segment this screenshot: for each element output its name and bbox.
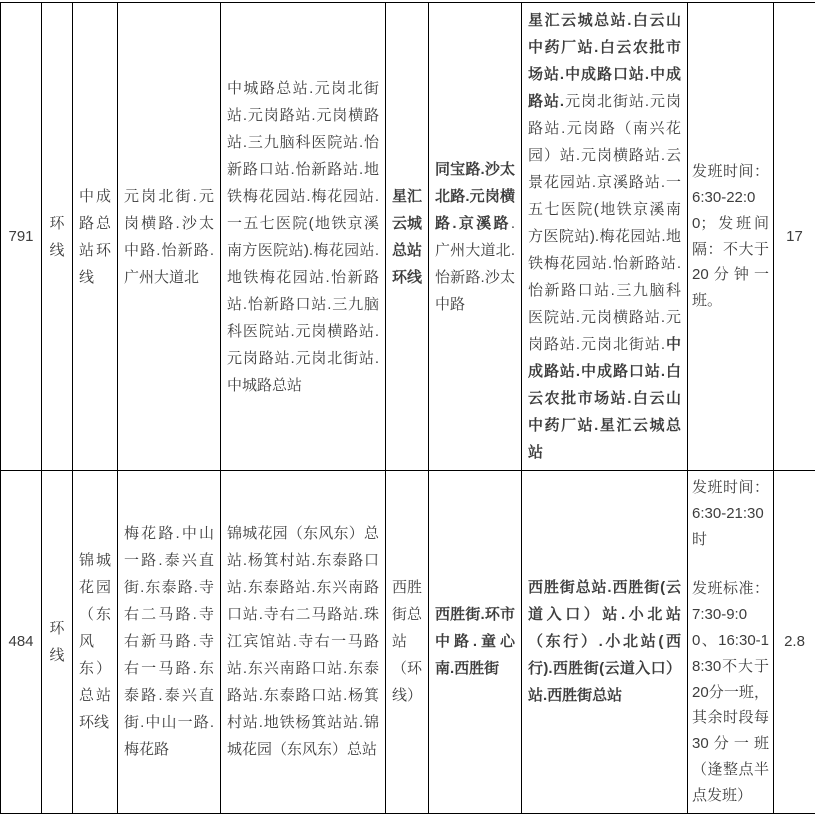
return-stops-cell: 西胜街总站.西胜街(云道入口）站.小北站（东行）.小北站(西行).西胜街(云道入… <box>522 471 688 814</box>
return-roads-bold-segment: 西胜街.环市中路.童心南.西胜街 <box>435 606 515 677</box>
schedule-text: 发班时间：6:30-22:00；发班间隔：不大于20分钟一班。 <box>692 159 769 314</box>
return-stops-bold-end-segment: 中成路站.中成路口站.白云农批市场站.白云山中药厂站.星汇云城总站 <box>528 336 681 461</box>
outbound-stops-cell: 中城路总站.元岗北街站.元岗路站.元岗横路站.三九脑科医院站.怡新路口站.怡新路… <box>221 3 386 471</box>
line-name-cell: 中成路总站环线 <box>73 3 118 471</box>
table-row: 484 环线 锦城花园（东风东）总站环线 梅花路.中山一路.泰兴直街.东泰路.寺… <box>1 471 815 814</box>
return-stops-bold-start-segment: 西胜街总站.西胜街(云道入口）站.小北站（东行）.小北站(西行).西胜街(云道入… <box>528 579 681 704</box>
table-row: 791 环线 中成路总站环线 元岗北街.元岗横路.沙太中路.怡新路.广州大道北 … <box>1 3 815 471</box>
line-type-cell: 环线 <box>42 3 73 471</box>
schedule-text: 发班标准：7:30-9:00、16:30-18:30不大于20分一班，其余时段每… <box>692 576 769 808</box>
return-line-name-cell: 西胜街总站（环线） <box>386 471 429 814</box>
return-roads-cell: 西胜街.环市中路.童心南.西胜街 <box>429 471 522 814</box>
schedule-cell: 发班时间：6:30-22:00；发班间隔：不大于20分钟一班。 <box>688 3 774 471</box>
return-line-name-cell: 星汇云城总站环线 <box>386 3 429 471</box>
return-roads-bold-segment: 同宝路.沙太北路.元岗横路.京溪路 <box>435 161 515 232</box>
outbound-stops-cell: 锦城花园（东风东）总站.杨箕村站.东泰路口站.东泰路站.东兴南路口站.寺右二马路… <box>221 471 386 814</box>
return-stops-regular-segment: 元岗北街站.元岗路站.元岗路（南兴花园）站.元岗横路站.云景花园站.京溪路站.一… <box>528 93 681 353</box>
outbound-roads-cell: 元岗北街.元岗横路.沙太中路.怡新路.广州大道北 <box>118 3 221 471</box>
schedule-cell: 发班时间：6:30-21:30时 发班标准：7:30-9:00、16:30-18… <box>688 471 774 814</box>
schedule-text: 发班时间：6:30-21:30时 <box>692 475 769 552</box>
line-type-cell: 环线 <box>42 471 73 814</box>
metric-cell: 17 <box>774 3 815 471</box>
bus-routes-table: 791 环线 中成路总站环线 元岗北街.元岗横路.沙太中路.怡新路.广州大道北 … <box>0 2 815 814</box>
route-number-cell: 791 <box>1 3 42 471</box>
line-name-cell: 锦城花园（东风东）总站环线 <box>73 471 118 814</box>
outbound-roads-cell: 梅花路.中山一路.泰兴直街.东泰路.寺右二马路.寺右新马路.寺右一马路.东泰路.… <box>118 471 221 814</box>
metric-cell: 2.8 <box>774 471 815 814</box>
return-stops-cell: 星汇云城总站.白云山中药厂站.白云农批市场站.中成路口站.中成路站.元岗北街站.… <box>522 3 688 471</box>
return-roads-cell: 同宝路.沙太北路.元岗横路.京溪路.广州大道北.怡新路.沙太中路 <box>429 3 522 471</box>
route-number-cell: 484 <box>1 471 42 814</box>
